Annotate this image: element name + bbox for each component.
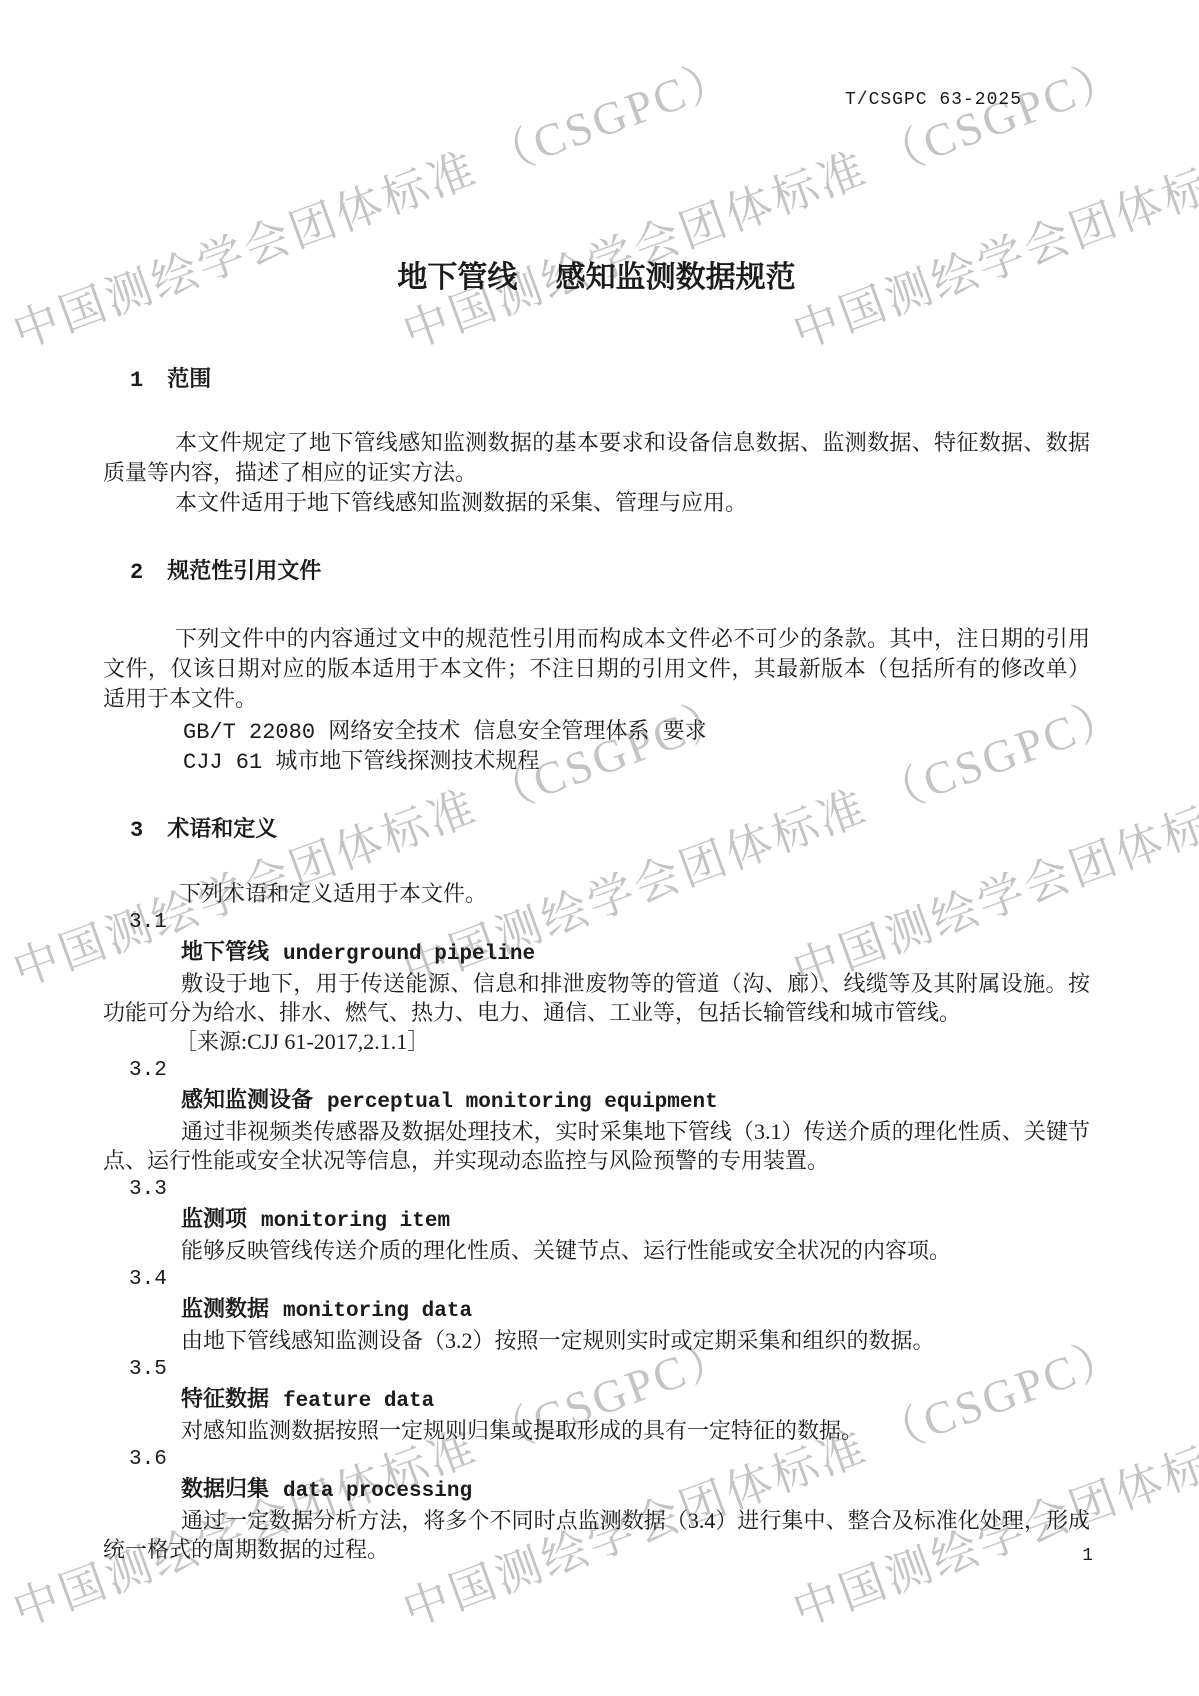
term-number: 3.3 xyxy=(103,1175,1090,1204)
section-number: 2 xyxy=(130,560,143,585)
section-1-heading: 1范围 xyxy=(103,366,1090,394)
term-name-zh: 监测项 xyxy=(181,1206,247,1231)
term-definition: 对感知监测数据按照一定规则归集或提取形成的具有一定特征的数据。 xyxy=(103,1416,1090,1445)
term-name-line: 监测数据monitoring data xyxy=(103,1294,1090,1326)
scope-paragraph-2: 本文件适用于地下管线感知监测数据的采集、管理与应用。 xyxy=(103,488,1090,518)
section-1-body: 本文件规定了地下管线感知监测数据的基本要求和设备信息数据、监测数据、特征数据、数… xyxy=(103,428,1090,518)
term-name-line: 感知监测设备perceptual monitoring equipment xyxy=(103,1085,1090,1117)
term-3-5: 3.5 特征数据feature data 对感知监测数据按照一定规则归集或提取形… xyxy=(103,1355,1090,1445)
term-name-line: 地下管线underground pipeline xyxy=(103,937,1090,969)
term-name-zh: 特征数据 xyxy=(181,1386,269,1411)
section-title: 规范性引用文件 xyxy=(167,558,321,583)
section-number: 3 xyxy=(130,818,143,843)
term-name-en: perceptual monitoring equipment xyxy=(327,1091,718,1114)
document-page: 中国测绘学会团体标准 （CSGPC） 中国测绘学会团体标准 （CSGPC） 中国… xyxy=(0,0,1199,1696)
term-name-line: 数据归集data processing xyxy=(103,1474,1090,1506)
term-name-zh: 感知监测设备 xyxy=(181,1087,313,1112)
page-title: 地下管线 感知监测数据规范 xyxy=(103,260,1090,296)
term-number: 3.6 xyxy=(103,1445,1090,1474)
reference-item: CJJ 61 城市地下管线探测技术规程 xyxy=(103,748,1090,778)
term-definition: 通过非视频类传感器及数据处理技术，实时采集地下管线（3.1）传送介质的理化性质、… xyxy=(103,1117,1090,1175)
term-name-en: underground pipeline xyxy=(283,943,535,966)
term-name-en: monitoring data xyxy=(283,1300,472,1323)
term-name-zh: 监测数据 xyxy=(181,1296,269,1321)
section-3-heading: 3术语和定义 xyxy=(103,816,1090,844)
term-source: ［来源:CJJ 61-2017,2.1.1］ xyxy=(103,1027,1090,1056)
term-name-line: 监测项monitoring item xyxy=(103,1204,1090,1236)
section-3-body: 下列术语和定义适用于本文件。 3.1 地下管线underground pipel… xyxy=(103,879,1090,1564)
term-3-2: 3.2 感知监测设备perceptual monitoring equipmen… xyxy=(103,1056,1090,1175)
term-definition: 通过一定数据分析方法，将多个不同时点监测数据（3.4）进行集中、整合及标准化处理… xyxy=(103,1506,1090,1564)
term-name-en: data processing xyxy=(283,1480,472,1503)
terms-intro: 下列术语和定义适用于本文件。 xyxy=(103,879,1090,908)
term-definition: 敷设于地下，用于传送能源、信息和排泄废物等的管道（沟、廊）、线缆等及其附属设施。… xyxy=(103,969,1090,1027)
term-name-line: 特征数据feature data xyxy=(103,1384,1090,1416)
section-2-body: 下列文件中的内容通过文中的规范性引用而构成本文件必不可少的条款。其中，注日期的引… xyxy=(103,624,1090,714)
term-number: 3.5 xyxy=(103,1355,1090,1384)
term-3-6: 3.6 数据归集data processing 通过一定数据分析方法，将多个不同… xyxy=(103,1445,1090,1564)
section-title: 术语和定义 xyxy=(167,816,277,841)
references-intro: 下列文件中的内容通过文中的规范性引用而构成本文件必不可少的条款。其中，注日期的引… xyxy=(103,624,1090,714)
term-name-en: monitoring item xyxy=(261,1210,450,1233)
section-2-heading: 2规范性引用文件 xyxy=(103,558,1090,586)
term-3-4: 3.4 监测数据monitoring data 由地下管线感知监测设备（3.2）… xyxy=(103,1265,1090,1355)
doc-number: T/CSGPC 63-2025 xyxy=(845,90,1022,110)
section-number: 1 xyxy=(130,368,143,393)
section-title: 范围 xyxy=(167,366,211,391)
term-definition: 能够反映管线传送介质的理化性质、关键节点、运行性能或安全状况的内容项。 xyxy=(103,1236,1090,1265)
watermark: 中国测绘学会团体标准 （CSGPC） xyxy=(2,39,742,362)
term-definition: 由地下管线感知监测设备（3.2）按照一定规则实时或定期采集和组织的数据。 xyxy=(103,1326,1090,1355)
term-3-1: 3.1 地下管线underground pipeline 敷设于地下，用于传送能… xyxy=(103,908,1090,1056)
term-name-en: feature data xyxy=(283,1390,434,1413)
page-number: 1 xyxy=(1082,1546,1093,1566)
term-number: 3.2 xyxy=(103,1056,1090,1085)
term-name-zh: 地下管线 xyxy=(181,939,269,964)
reference-list: GB/T 22080 网络安全技术 信息安全管理体系 要求 CJJ 61 城市地… xyxy=(103,718,1090,778)
term-3-3: 3.3 监测项monitoring item 能够反映管线传送介质的理化性质、关… xyxy=(103,1175,1090,1265)
term-number: 3.1 xyxy=(103,908,1090,937)
term-name-zh: 数据归集 xyxy=(181,1476,269,1501)
term-number: 3.4 xyxy=(103,1265,1090,1294)
reference-item: GB/T 22080 网络安全技术 信息安全管理体系 要求 xyxy=(103,718,1090,748)
watermark: 中国测绘学会团体标准 （CSGPC） xyxy=(392,39,1132,362)
scope-paragraph-1: 本文件规定了地下管线感知监测数据的基本要求和设备信息数据、监测数据、特征数据、数… xyxy=(103,428,1090,488)
